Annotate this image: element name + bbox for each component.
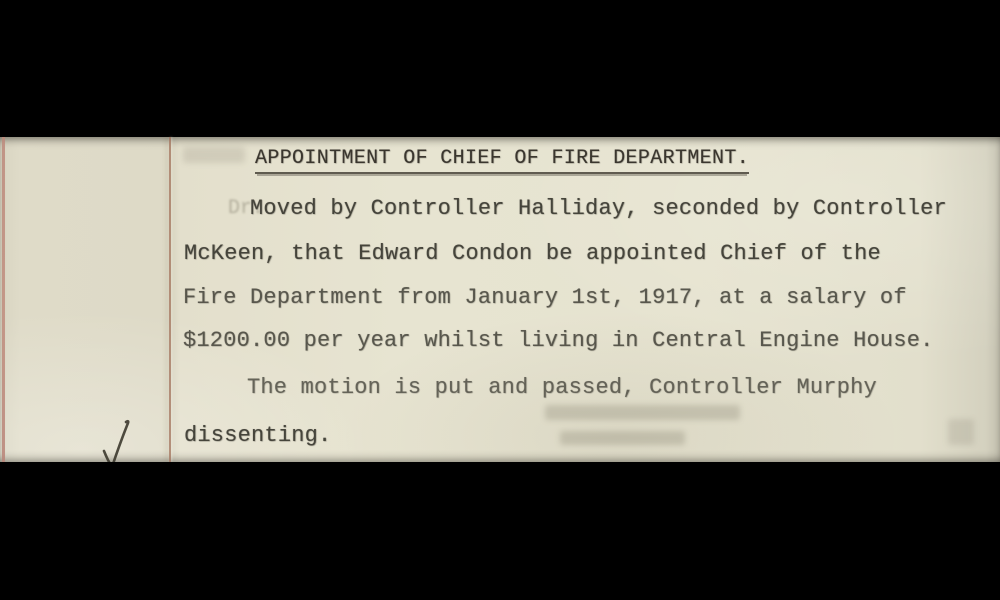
typed-line: dissenting. <box>184 425 331 447</box>
typed-line: The motion is put and passed, Controller… <box>247 377 877 399</box>
page-fold-line <box>169 137 171 462</box>
typed-line: Moved by Controller Halliday, seconded b… <box>250 198 947 220</box>
letterbox-top <box>0 0 1000 137</box>
ghost-stain <box>183 147 245 163</box>
paper-page: Dr. APPOINTMENT OF CHIEF OF FIRE DEPARTM… <box>0 137 1000 462</box>
letterbox-bottom <box>0 462 1000 600</box>
red-margin-rule <box>2 137 5 462</box>
typed-line: $1200.00 per year whilst living in Centr… <box>183 330 934 352</box>
ghost-stain <box>948 419 974 445</box>
typed-line: Fire Department from January 1st, 1917, … <box>183 287 907 309</box>
typed-line: McKeen, that Edward Condon be appointed … <box>184 243 881 265</box>
ghost-stain <box>560 431 685 445</box>
ghost-stain <box>545 405 740 420</box>
scanned-document-view: Dr. APPOINTMENT OF CHIEF OF FIRE DEPARTM… <box>0 0 1000 600</box>
document-heading: APPOINTMENT OF CHIEF OF FIRE DEPARTMENT. <box>255 149 749 174</box>
